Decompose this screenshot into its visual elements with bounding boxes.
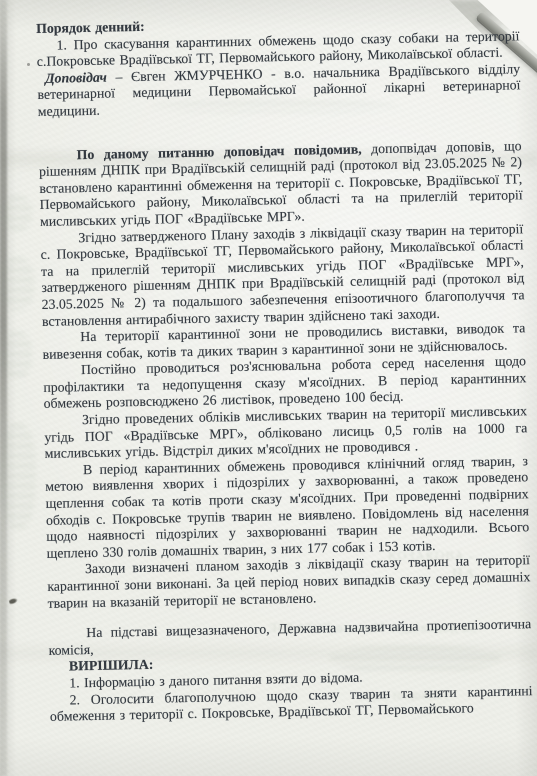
ink-dot [27, 63, 30, 66]
scan-edge-shadow [0, 0, 7, 776]
ink-speck [8, 597, 18, 605]
speaker-label: Доповідач [45, 69, 107, 85]
report-paragraph-1: По даному питанню доповідач повідомив, д… [39, 138, 524, 231]
scanned-document-page: КОЗАКОВА - НА За доповіддю Миколи ГОГАДЗ… [0, 0, 537, 776]
report-paragraph-2: Згідно затвердженого Плану заходів з лік… [40, 221, 525, 330]
speaker-description: – Євген ЖМУРЧЕНКО - в.о. начальника Врад… [37, 61, 520, 119]
document-text-block: Порядок денний: 1. Про скасування карант… [36, 11, 533, 725]
report-paragraph-6: В період карантинних обмежень проводився… [45, 453, 530, 562]
